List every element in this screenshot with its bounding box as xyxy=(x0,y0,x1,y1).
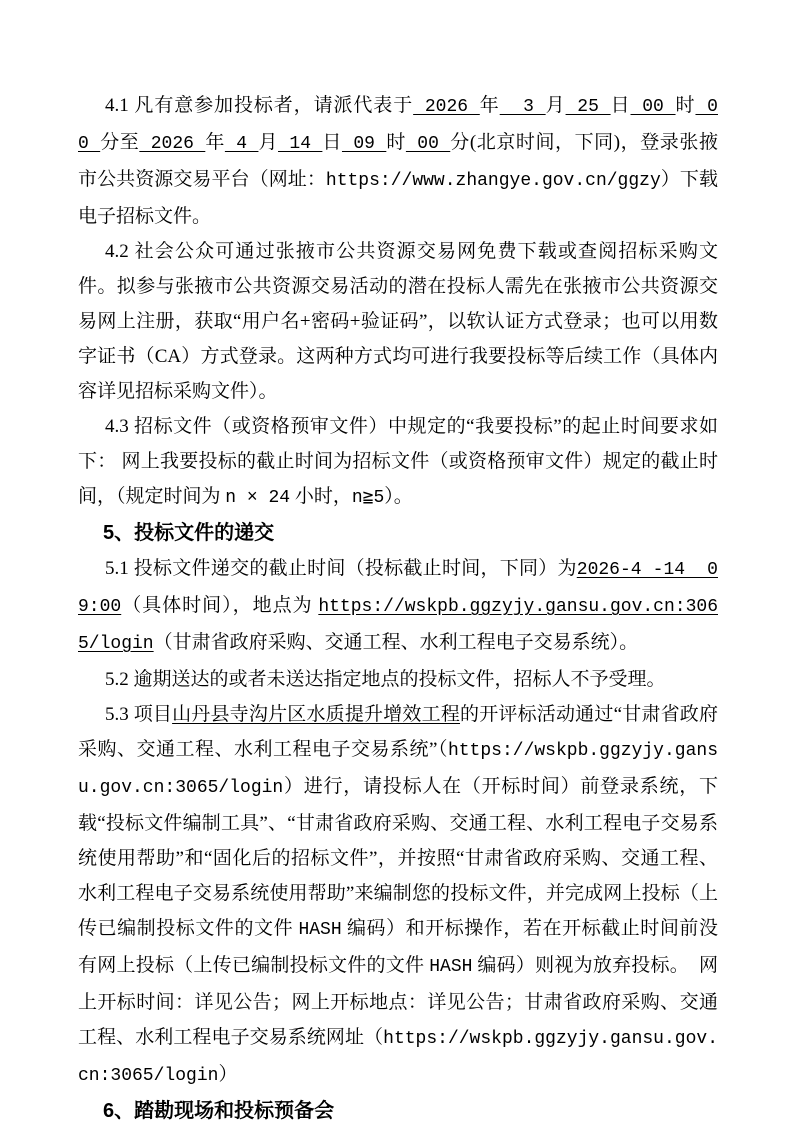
body-text: 年 xyxy=(205,132,225,153)
filled-blank-text: 4 xyxy=(225,134,259,154)
body-text: 年 xyxy=(480,95,500,116)
document-page: 4.1 凡有意参加投标者，请派代表于 2026 年 3 月 25 日 00 时 … xyxy=(0,0,793,1122)
filled-blank-text: 2026 xyxy=(413,97,480,117)
body-text: 4.2 社会公众可通过张掖市公共资源交易网免费下载或查阅招标采购文件。拟参与张掖… xyxy=(78,241,718,402)
filled-blank-text: 09 xyxy=(342,134,386,154)
body-text: 月 xyxy=(258,132,278,153)
paragraph-5-3: 5.3 项目山丹县寺沟片区水质提升增效工程的开评标活动通过“甘肃省政府采购、交通… xyxy=(78,697,718,1094)
paragraph-5-1: 5.1 投标文件递交的截止时间（投标截止时间，下同）为2026-4 -14 09… xyxy=(78,551,718,662)
body-text: 5.2 逾期送达的或者未送达指定地点的投标文件，招标人不予受理。 xyxy=(105,669,666,690)
body-text: 5、投标文件的递交 xyxy=(103,522,274,544)
body-text: 5.1 投标文件递交的截止时间（投标截止时间，下同）为 xyxy=(105,558,577,579)
filled-blank-text: 山丹县寺沟片区水质提升增效工程 xyxy=(172,704,460,725)
body-text: （具体时间），地点为 xyxy=(121,595,318,616)
paragraph-4-2: 4.2 社会公众可通过张掖市公共资源交易网免费下载或查阅招标采购文件。拟参与张掖… xyxy=(78,234,718,409)
body-text: 日 xyxy=(611,95,631,116)
body-text: 日 xyxy=(322,132,342,153)
body-text: 时 xyxy=(386,132,406,153)
body-text: ）进行，请投标人在（开标时间）前登录系统，下载“投标文件编制工具”、“甘肃省政府… xyxy=(78,776,718,939)
filled-blank-text: 2026 xyxy=(139,134,205,154)
body-text: 小时， xyxy=(290,486,352,507)
body-text: 时 xyxy=(676,95,696,116)
paragraph-4-1: 4.1 凡有意参加投标者，请派代表于 2026 年 3 月 25 日 00 时 … xyxy=(78,88,718,234)
body-text: ） xyxy=(218,1064,237,1085)
heading-6: 6、踏勘现场和投标预备会 xyxy=(78,1094,718,1122)
body-text: 月 xyxy=(546,95,566,116)
latin-text: HASH xyxy=(429,957,472,977)
filled-blank-text: 3 xyxy=(500,97,546,117)
heading-5: 5、投标文件的递交 xyxy=(78,516,718,551)
latin-text: HASH xyxy=(298,920,341,940)
body-text: 6、踏勘现场和投标预备会 xyxy=(103,1100,334,1122)
document-body: 4.1 凡有意参加投标者，请派代表于 2026 年 3 月 25 日 00 时 … xyxy=(78,88,718,1122)
body-text: 4.1 凡有意参加投标者，请派代表于 xyxy=(105,95,413,116)
filled-blank-text: 00 xyxy=(406,134,450,154)
latin-text: https://www.zhangye.gov.cn/ggzy xyxy=(326,171,661,191)
body-text: 分至 xyxy=(100,132,139,153)
body-text: ）。 xyxy=(384,486,413,507)
filled-blank-text: 25 xyxy=(566,97,611,117)
paragraph-5-2: 5.2 逾期送达的或者未送达指定地点的投标文件，招标人不予受理。 xyxy=(78,662,718,697)
filled-blank-text: 14 xyxy=(278,134,322,154)
latin-text: n × 24 xyxy=(225,488,290,508)
body-text: （甘肃省政府采购、交通工程、水利工程电子交易系统）。 xyxy=(154,632,639,653)
body-text: 5.3 项目 xyxy=(105,704,172,725)
filled-blank-text: 00 xyxy=(631,97,676,117)
paragraph-4-3: 4.3 招标文件（或资格预审文件）中规定的“我要投标”的起止时间要求如下： 网上… xyxy=(78,409,718,516)
latin-text: n≧5 xyxy=(352,488,384,508)
